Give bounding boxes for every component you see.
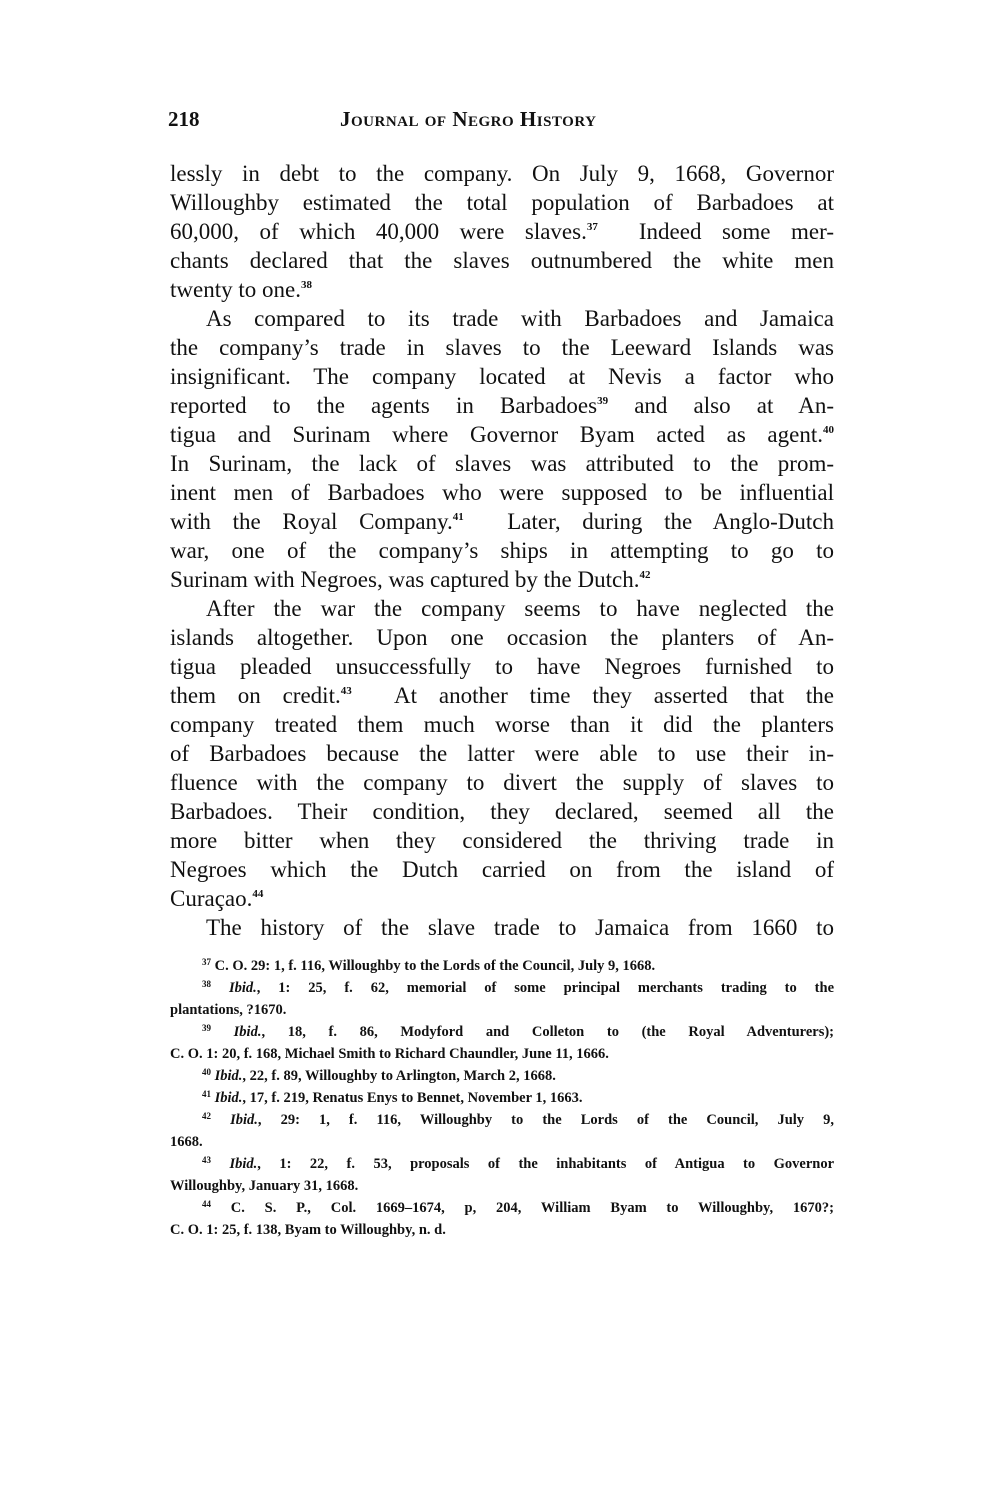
ibid: Ibid.	[229, 1156, 257, 1172]
text: At another time they asserted that the	[352, 683, 834, 708]
text: with the Royal Company.	[170, 509, 453, 534]
paragraph-start: The history of the slave trade to Jamaic…	[170, 913, 834, 942]
body-line: more bitter when they considered the thr…	[170, 826, 834, 855]
paragraph-start: As compared to its trade with Barbadoes …	[170, 304, 834, 333]
footnote-text: C. O. 29: 1, f. 116, Willoughby to the L…	[215, 958, 656, 974]
body-line: fluence with the company to divert the s…	[170, 768, 834, 797]
ibid: Ibid.	[229, 980, 257, 996]
footnote-number: 44	[202, 1199, 211, 1209]
body-line: Barbadoes. Their condition, they declare…	[170, 797, 834, 826]
body-line: of Barbadoes because the latter were abl…	[170, 739, 834, 768]
body-line: inent men of Barbadoes who were supposed…	[170, 478, 834, 507]
body-line: reported to the agents in Barbadoes39 an…	[170, 391, 834, 420]
body-text: lessly in debt to the company. On July 9…	[170, 159, 834, 942]
ibid: Ibid.	[234, 1024, 262, 1040]
footnote-ref-37[interactable]: 37	[587, 221, 598, 233]
text: Later, during the Anglo-Dutch	[464, 509, 834, 534]
footnote-42-cont: 1668.	[170, 1131, 834, 1153]
footnote-text: , 17, f. 219, Renatus Enys to Bennet, No…	[242, 1090, 582, 1106]
body-line: tigua pleaded unsuccessfully to have Neg…	[170, 652, 834, 681]
footnote-40: 40 Ibid., 22, f. 89, Willoughby to Arlin…	[170, 1065, 834, 1087]
footnote-43-cont: Willoughby, January 31, 1668.	[170, 1175, 834, 1197]
footnote-text: C. S. P., Col. 1669–1674, p, 204, Willia…	[231, 1200, 834, 1216]
ibid: Ibid.	[215, 1090, 243, 1106]
footnote-39: 39 Ibid., 18, f. 86, Modyford and Collet…	[170, 1021, 834, 1043]
footnotes: 37 C. O. 29: 1, f. 116, Willoughby to th…	[170, 955, 834, 1241]
body-line: war, one of the company’s ships in attem…	[170, 536, 834, 565]
footnote-41: 41 Ibid., 17, f. 219, Renatus Enys to Be…	[170, 1087, 834, 1109]
body-line: Curaçao.44	[170, 884, 834, 913]
footnote-number: 38	[202, 979, 211, 989]
body-line: In Surinam, the lack of slaves was attri…	[170, 449, 834, 478]
text: Curaçao.	[170, 886, 252, 911]
footnote-number: 40	[202, 1067, 211, 1077]
text: them on credit.	[170, 683, 341, 708]
body-line: Willoughby estimated the total populatio…	[170, 188, 834, 217]
footnote-ref-40[interactable]: 40	[823, 424, 834, 436]
body-line: tigua and Surinam where Governor Byam ac…	[170, 420, 834, 449]
body-line: the company’s trade in slaves to the Lee…	[170, 333, 834, 362]
body-line: them on credit.43 At another time they a…	[170, 681, 834, 710]
footnote-text: , 1: 22, f. 53, proposals of the inhabit…	[257, 1156, 834, 1172]
footnote-43: 43 Ibid., 1: 22, f. 53, proposals of the…	[170, 1153, 834, 1175]
footnote-44-cont: C. O. 1: 25, f. 138, Byam to Willoughby,…	[170, 1219, 834, 1241]
text: 60,000, of which 40,000 were slaves.	[170, 219, 587, 244]
ibid: Ibid.	[230, 1112, 258, 1128]
footnote-ref-43[interactable]: 43	[341, 685, 352, 697]
footnote-38: 38 Ibid., 1: 25, f. 62, memorial of some…	[170, 977, 834, 999]
footnote-number: 39	[202, 1023, 211, 1033]
body-line: company treated them much worse than it …	[170, 710, 834, 739]
text: twenty to one.	[170, 277, 301, 302]
footnote-text: , 18, f. 86, Modyford and Colleton to (t…	[261, 1024, 834, 1040]
body-line: 60,000, of which 40,000 were slaves.37 I…	[170, 217, 834, 246]
footnote-44: 44 C. S. P., Col. 1669–1674, p, 204, Wil…	[170, 1197, 834, 1219]
footnote-38-cont: plantations, ?1670.	[170, 999, 834, 1021]
footnote-ref-42[interactable]: 42	[639, 569, 650, 581]
body-line: lessly in debt to the company. On July 9…	[170, 159, 834, 188]
text: and also at An-	[608, 393, 834, 418]
text: reported to the agents in Barbadoes	[170, 393, 597, 418]
ibid: Ibid.	[215, 1068, 243, 1084]
footnote-number: 43	[202, 1155, 211, 1165]
footnote-ref-41[interactable]: 41	[453, 511, 464, 523]
body-line: Negroes which the Dutch carried on from …	[170, 855, 834, 884]
footnote-number: 37	[202, 957, 211, 967]
text: tigua and Surinam where Governor Byam ac…	[170, 422, 823, 447]
footnote-42: 42 Ibid., 29: 1, f. 116, Willoughby to t…	[170, 1109, 834, 1131]
footnote-ref-38[interactable]: 38	[301, 279, 312, 291]
running-head: Journal of Negro History	[340, 107, 596, 132]
footnote-ref-39[interactable]: 39	[597, 395, 608, 407]
body-line: twenty to one.38	[170, 275, 834, 304]
footnote-text: , 29: 1, f. 116, Willoughby to the Lords…	[258, 1112, 834, 1128]
paragraph-start: After the war the company seems to have …	[170, 594, 834, 623]
body-line: Surinam with Negroes, was captured by th…	[170, 565, 834, 594]
footnote-ref-44[interactable]: 44	[252, 888, 263, 900]
body-line: with the Royal Company.41 Later, during …	[170, 507, 834, 536]
footnote-39-cont: C. O. 1: 20, f. 168, Michael Smith to Ri…	[170, 1043, 834, 1065]
body-line: islands altogether. Upon one occasion th…	[170, 623, 834, 652]
footnote-37: 37 C. O. 29: 1, f. 116, Willoughby to th…	[170, 955, 834, 977]
text: Indeed some mer-	[598, 219, 834, 244]
footnote-number: 41	[202, 1089, 211, 1099]
footnote-text: , 22, f. 89, Willoughby to Arlington, Ma…	[242, 1068, 555, 1084]
page-number: 218	[168, 107, 200, 132]
footnote-text: , 1: 25, f. 62, memorial of some princip…	[257, 980, 834, 996]
body-line: insignificant. The company located at Ne…	[170, 362, 834, 391]
text: Surinam with Negroes, was captured by th…	[170, 567, 639, 592]
body-line: chants declared that the slaves outnumbe…	[170, 246, 834, 275]
footnote-number: 42	[202, 1111, 211, 1121]
